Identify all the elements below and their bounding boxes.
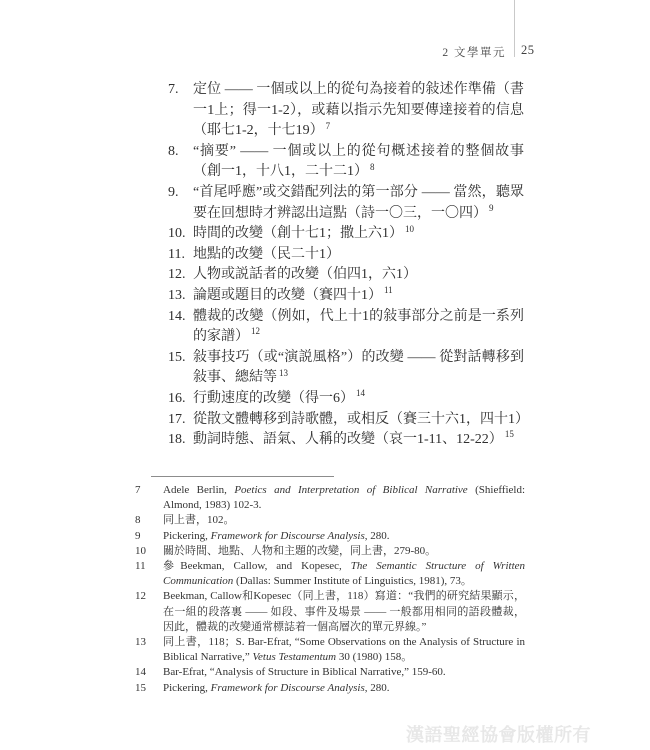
item-number: 13. [168,286,193,307]
list-item: 8.“摘要” —— 一個或以上的從句概述接着的整個故事（創一1，十八1，二十二1… [168,142,524,183]
footnote-segment: , 280. [365,530,390,542]
footnote-segment: 同上書，102。 [163,514,235,526]
list-item: 12.人物或説話者的改變（伯四1，六1） [168,265,524,286]
book-page: 2 文學單元 25 7.定位 —— 一個或以上的從句為接着的敍述作準備（書一1上… [0,0,650,750]
footnote-title-italic: Framework for Discourse Analysis [211,682,365,694]
footnote-segment: Adele Berlin, [163,484,234,496]
footnote-segment: , 280. [365,682,390,694]
item-number: 16. [168,389,193,410]
footnote: 9Pickering, Framework for Discourse Anal… [135,529,525,544]
footnote-text: 同上書，102。 [163,513,525,528]
list-item: 17.從散文體轉移到詩歌體，或相反（賽三十六1，四十1） [168,410,524,431]
list-item: 18.動詞時態、語氣、人稱的改變（哀一1-11、12-22）15 [168,430,524,451]
footnote-text: Bar-Efrat, “Analysis of Structure in Bib… [163,665,525,680]
item-text: 敍事技巧（或“演説風格”）的改變 —— 從對話轉移到敍事、總結等13 [193,348,524,389]
list-item: 10.時間的改變（創十七1；撒上六1）10 [168,224,524,245]
footnote-text: Pickering, Framework for Discourse Analy… [163,529,525,544]
footnote-text: 同上書，118；S. Bar-Efrat, “Some Observations… [163,635,525,665]
footnote-number: 9 [135,529,163,544]
item-number: 8. [168,142,193,163]
footnote-number: 15 [135,681,163,696]
footnote: 13同上書，118；S. Bar-Efrat, “Some Observatio… [135,635,525,665]
item-number: 15. [168,348,193,369]
item-text: 人物或説話者的改變（伯四1，六1） [193,265,524,286]
footnote-segment: Pickering, [163,530,211,542]
footnote-text: Adele Berlin, Poetics and Interpretation… [163,483,525,513]
footnote-ref: 13 [279,368,288,378]
item-text: 時間的改變（創十七1；撒上六1）10 [193,224,524,245]
footnote: 7Adele Berlin, Poetics and Interpretatio… [135,483,525,513]
footnote-number: 10 [135,544,163,559]
item-number: 14. [168,307,193,328]
footnote-number: 14 [135,665,163,680]
footnote-number: 8 [135,513,163,528]
item-number: 18. [168,430,193,451]
list-item: 9.“首尾呼應”或交錯配列法的第一部分 —— 當然，聽眾要在回想時才辨認出這點（… [168,183,524,224]
footnote-title-italic: Vetus Testamentum [253,651,337,663]
footnote-ref: 12 [251,326,260,336]
footnote-ref: 7 [326,121,331,131]
footnote: 8同上書，102。 [135,513,525,528]
item-number: 17. [168,410,193,431]
footnote-ref: 14 [356,388,365,398]
footnote-separator [151,476,334,477]
item-text: 動詞時態、語氣、人稱的改變（哀一1-11、12-22）15 [193,430,524,451]
item-number: 9. [168,183,193,204]
page-number: 25 [521,43,535,58]
footnote: 11參Beekman, Callow, and Kopesec, The Sem… [135,559,525,589]
list-item: 14.體裁的改變（例如，代上十1的敍事部分之前是一系列的家譜）12 [168,307,524,348]
footnote-ref: 10 [405,224,414,234]
item-number: 12. [168,265,193,286]
footnote-number: 13 [135,635,163,650]
item-number: 10. [168,224,193,245]
item-text: 體裁的改變（例如，代上十1的敍事部分之前是一系列的家譜）12 [193,307,524,348]
footnote: 15Pickering, Framework for Discourse Ana… [135,681,525,696]
running-head: 2 文學單元 [0,44,506,60]
footnote-segment: Pickering, [163,682,211,694]
footnotes-block: 7Adele Berlin, Poetics and Interpretatio… [135,483,525,696]
list-item: 13.論題或題目的改變（賽四十1）11 [168,286,524,307]
list-item: 11.地點的改變（民二十1） [168,245,524,266]
item-text: 從散文體轉移到詩歌體，或相反（賽三十六1，四十1） [193,410,524,431]
footnote-ref: 9 [489,203,494,213]
item-text: 論題或題目的改變（賽四十1）11 [193,286,524,307]
footnote-number: 11 [135,559,163,574]
footnote: 10關於時間、地點、人物和主題的改變，同上書，279-80。 [135,544,525,559]
footnote-title-italic: Poetics and Interpretation of Biblical N… [234,484,467,496]
copyright-watermark: 漢語聖經協會版權所有 [406,721,591,747]
footnote-title-italic: Framework for Discourse Analysis [211,530,365,542]
footnote: 14Bar-Efrat, “Analysis of Structure in B… [135,665,525,680]
footnote-ref: 15 [505,429,514,439]
footnote-number: 7 [135,483,163,498]
footnote-text: Beekman, Callow和Kopesec（同上書，118）寫道：“我們的研… [163,589,525,635]
footnote-number: 12 [135,589,163,604]
item-text: 行動速度的改變（得一6）14 [193,389,524,410]
item-text: “摘要” —— 一個或以上的從句概述接着的整個故事（創一1，十八1，二十二1）8 [193,142,524,183]
footnote: 12Beekman, Callow和Kopesec（同上書，118）寫道：“我們… [135,589,525,635]
item-text: 定位 —— 一個或以上的從句為接着的敍述作準備（書一1上；得一1-2），或藉以指… [193,80,524,142]
footnote-text: Pickering, Framework for Discourse Analy… [163,681,525,696]
header-divider-line [514,0,515,57]
item-number: 11. [168,245,193,266]
item-text: 地點的改變（民二十1） [193,245,524,266]
literary-unit-list: 7.定位 —— 一個或以上的從句為接着的敍述作準備（書一1上；得一1-2），或藉… [168,80,524,451]
item-text: “首尾呼應”或交錯配列法的第一部分 —— 當然，聽眾要在回想時才辨認出這點（詩一… [193,183,524,224]
footnote-segment: 30 (1980) 158。 [336,651,412,663]
footnote-segment: 關於時間、地點、人物和主題的改變，同上書，279-80。 [163,545,436,557]
list-item: 7.定位 —— 一個或以上的從句為接着的敍述作準備（書一1上；得一1-2），或藉… [168,80,524,142]
footnote-ref: 11 [384,285,393,295]
list-item: 15.敍事技巧（或“演説風格”）的改變 —— 從對話轉移到敍事、總結等13 [168,348,524,389]
footnote-segment: (Dallas: Summer Institute of Linguistics… [233,575,472,587]
footnote-text: 關於時間、地點、人物和主題的改變，同上書，279-80。 [163,544,525,559]
footnote-segment: Bar-Efrat, “Analysis of Structure in Bib… [163,666,446,678]
list-item: 16.行動速度的改變（得一6）14 [168,389,524,410]
footnote-ref: 8 [370,162,375,172]
footnote-text: 參Beekman, Callow, and Kopesec, The Seman… [163,559,525,589]
footnote-segment: Beekman, Callow和Kopesec（同上書，118）寫道：“我們的研… [163,590,525,632]
footnote-segment: 參Beekman, Callow, and Kopesec, [163,560,351,572]
item-number: 7. [168,80,193,101]
